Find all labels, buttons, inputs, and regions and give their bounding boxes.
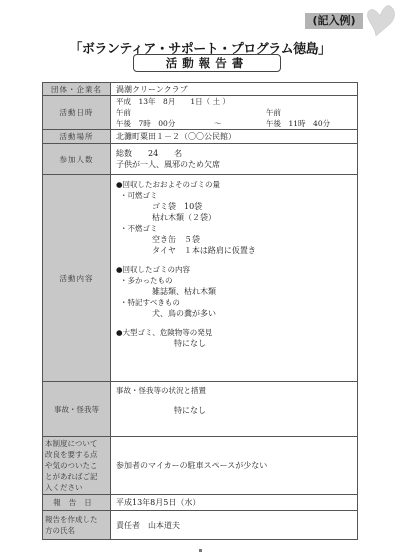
value-organization: 渦潮クリーンクラブ [111, 83, 358, 96]
notable-label: ・特記すべきもの [116, 297, 352, 308]
label-participants: 参加人数 [43, 144, 111, 175]
value-datetime: 平成 13年 8月 1日（ 土 ） 午前 午前 午後 7時 00分 〜 午後 1… [111, 96, 358, 130]
sub-title: 活動報告書 [133, 54, 281, 72]
label-organization: 団体・企業名 [43, 83, 111, 96]
example-badge: (記入例) [305, 13, 363, 29]
label-activity: 活動内容 [43, 175, 111, 382]
activity-report-table: 団体・企業名 渦潮クリーンクラブ 活動日時 平成 13年 8月 1日（ 土 ） … [42, 82, 358, 540]
row-improvement: 本制度について 改良を要する点 や気のついたこ とがあればご記 入ください 参加… [43, 437, 358, 495]
value-place: 北灘町粟田１－２（〇〇公民館） [111, 130, 358, 144]
participant-count: 総数 24 名 [116, 148, 352, 159]
row-organization: 団体・企業名 渦潮クリーンクラブ [43, 83, 358, 96]
am-end: 午前 [266, 107, 281, 118]
amount-heading: ●回収したおおよそのゴミの量 [116, 179, 352, 190]
label-datetime: 活動日時 [43, 96, 111, 130]
row-datetime: 活動日時 平成 13年 8月 1日（ 土 ） 午前 午前 午後 7時 00分 〜… [43, 96, 358, 130]
label-reporter: 報告を作成した 方の氏名 [43, 511, 111, 540]
row-participants: 参加人数 総数 24 名 子供が一人、風邪のため欠席 [43, 144, 358, 175]
large-value: 特になし [116, 338, 352, 349]
large-heading: ●大型ゴミ、危険物等の発見 [116, 327, 352, 338]
label-report-date: 報告日 [43, 495, 111, 511]
label-place: 活動場所 [43, 130, 111, 144]
pm-start: 午後 7時 00分 [116, 118, 214, 129]
nonburnable-item: 空き缶 ５袋 [116, 234, 352, 245]
nonburnable-item: タイヤ １本は路肩に仮置き [116, 245, 352, 256]
burnable-item: 枯れ木類（２袋） [116, 212, 352, 223]
am-start: 午前 [116, 107, 266, 118]
heart-icon [360, 2, 396, 38]
value-participants: 総数 24 名 子供が一人、風邪のため欠席 [111, 144, 358, 175]
burnable-item: ゴミ袋 10袋 [116, 201, 352, 212]
row-activity: 活動内容 ●回収したおおよそのゴミの量 ・可燃ゴミ ゴミ袋 10袋 枯れ木類（２… [43, 175, 358, 382]
row-place: 活動場所 北灘町粟田１－２（〇〇公民館） [43, 130, 358, 144]
time-separator: 〜 [214, 118, 266, 129]
burnable-label: ・可燃ゴミ [116, 190, 352, 201]
many-value: 雑誌類、枯れ木類 [116, 286, 352, 297]
participant-note: 子供が一人、風邪のため欠席 [116, 159, 352, 170]
value-activity: ●回収したおおよそのゴミの量 ・可燃ゴミ ゴミ袋 10袋 枯れ木類（２袋） ・不… [111, 175, 358, 382]
row-report-date: 報告日 平成13年8月5日（水） [43, 495, 358, 511]
nonburnable-label: ・不燃ゴミ [116, 223, 352, 234]
pm-end: 午後 11時 40分 [266, 118, 330, 129]
many-label: ・多かったもの [116, 275, 352, 286]
value-improvement: 参加者のマイカーの駐車スペースが少ない [111, 437, 358, 495]
value-reporter: 責任者 山本道夫 [111, 511, 358, 540]
page-mark [199, 549, 202, 552]
accident-heading: 事故・怪我等の状況と措置 [116, 385, 352, 396]
notable-value: 犬、鳥の糞が多い [116, 308, 352, 319]
value-accident: 事故・怪我等の状況と措置 特になし [111, 382, 358, 437]
content-heading: ●回収したゴミの内容 [116, 264, 352, 275]
value-report-date: 平成13年8月5日（水） [111, 495, 358, 511]
accident-value: 特になし [116, 405, 352, 416]
label-improvement: 本制度について 改良を要する点 や気のついたこ とがあればご記 入ください [43, 437, 111, 495]
activity-date: 平成 13年 8月 1日（ 土 ） [116, 96, 352, 107]
row-accident: 事故・怪我等 事故・怪我等の状況と措置 特になし [43, 382, 358, 437]
label-accident: 事故・怪我等 [43, 382, 111, 437]
row-reporter: 報告を作成した 方の氏名 責任者 山本道夫 [43, 511, 358, 540]
